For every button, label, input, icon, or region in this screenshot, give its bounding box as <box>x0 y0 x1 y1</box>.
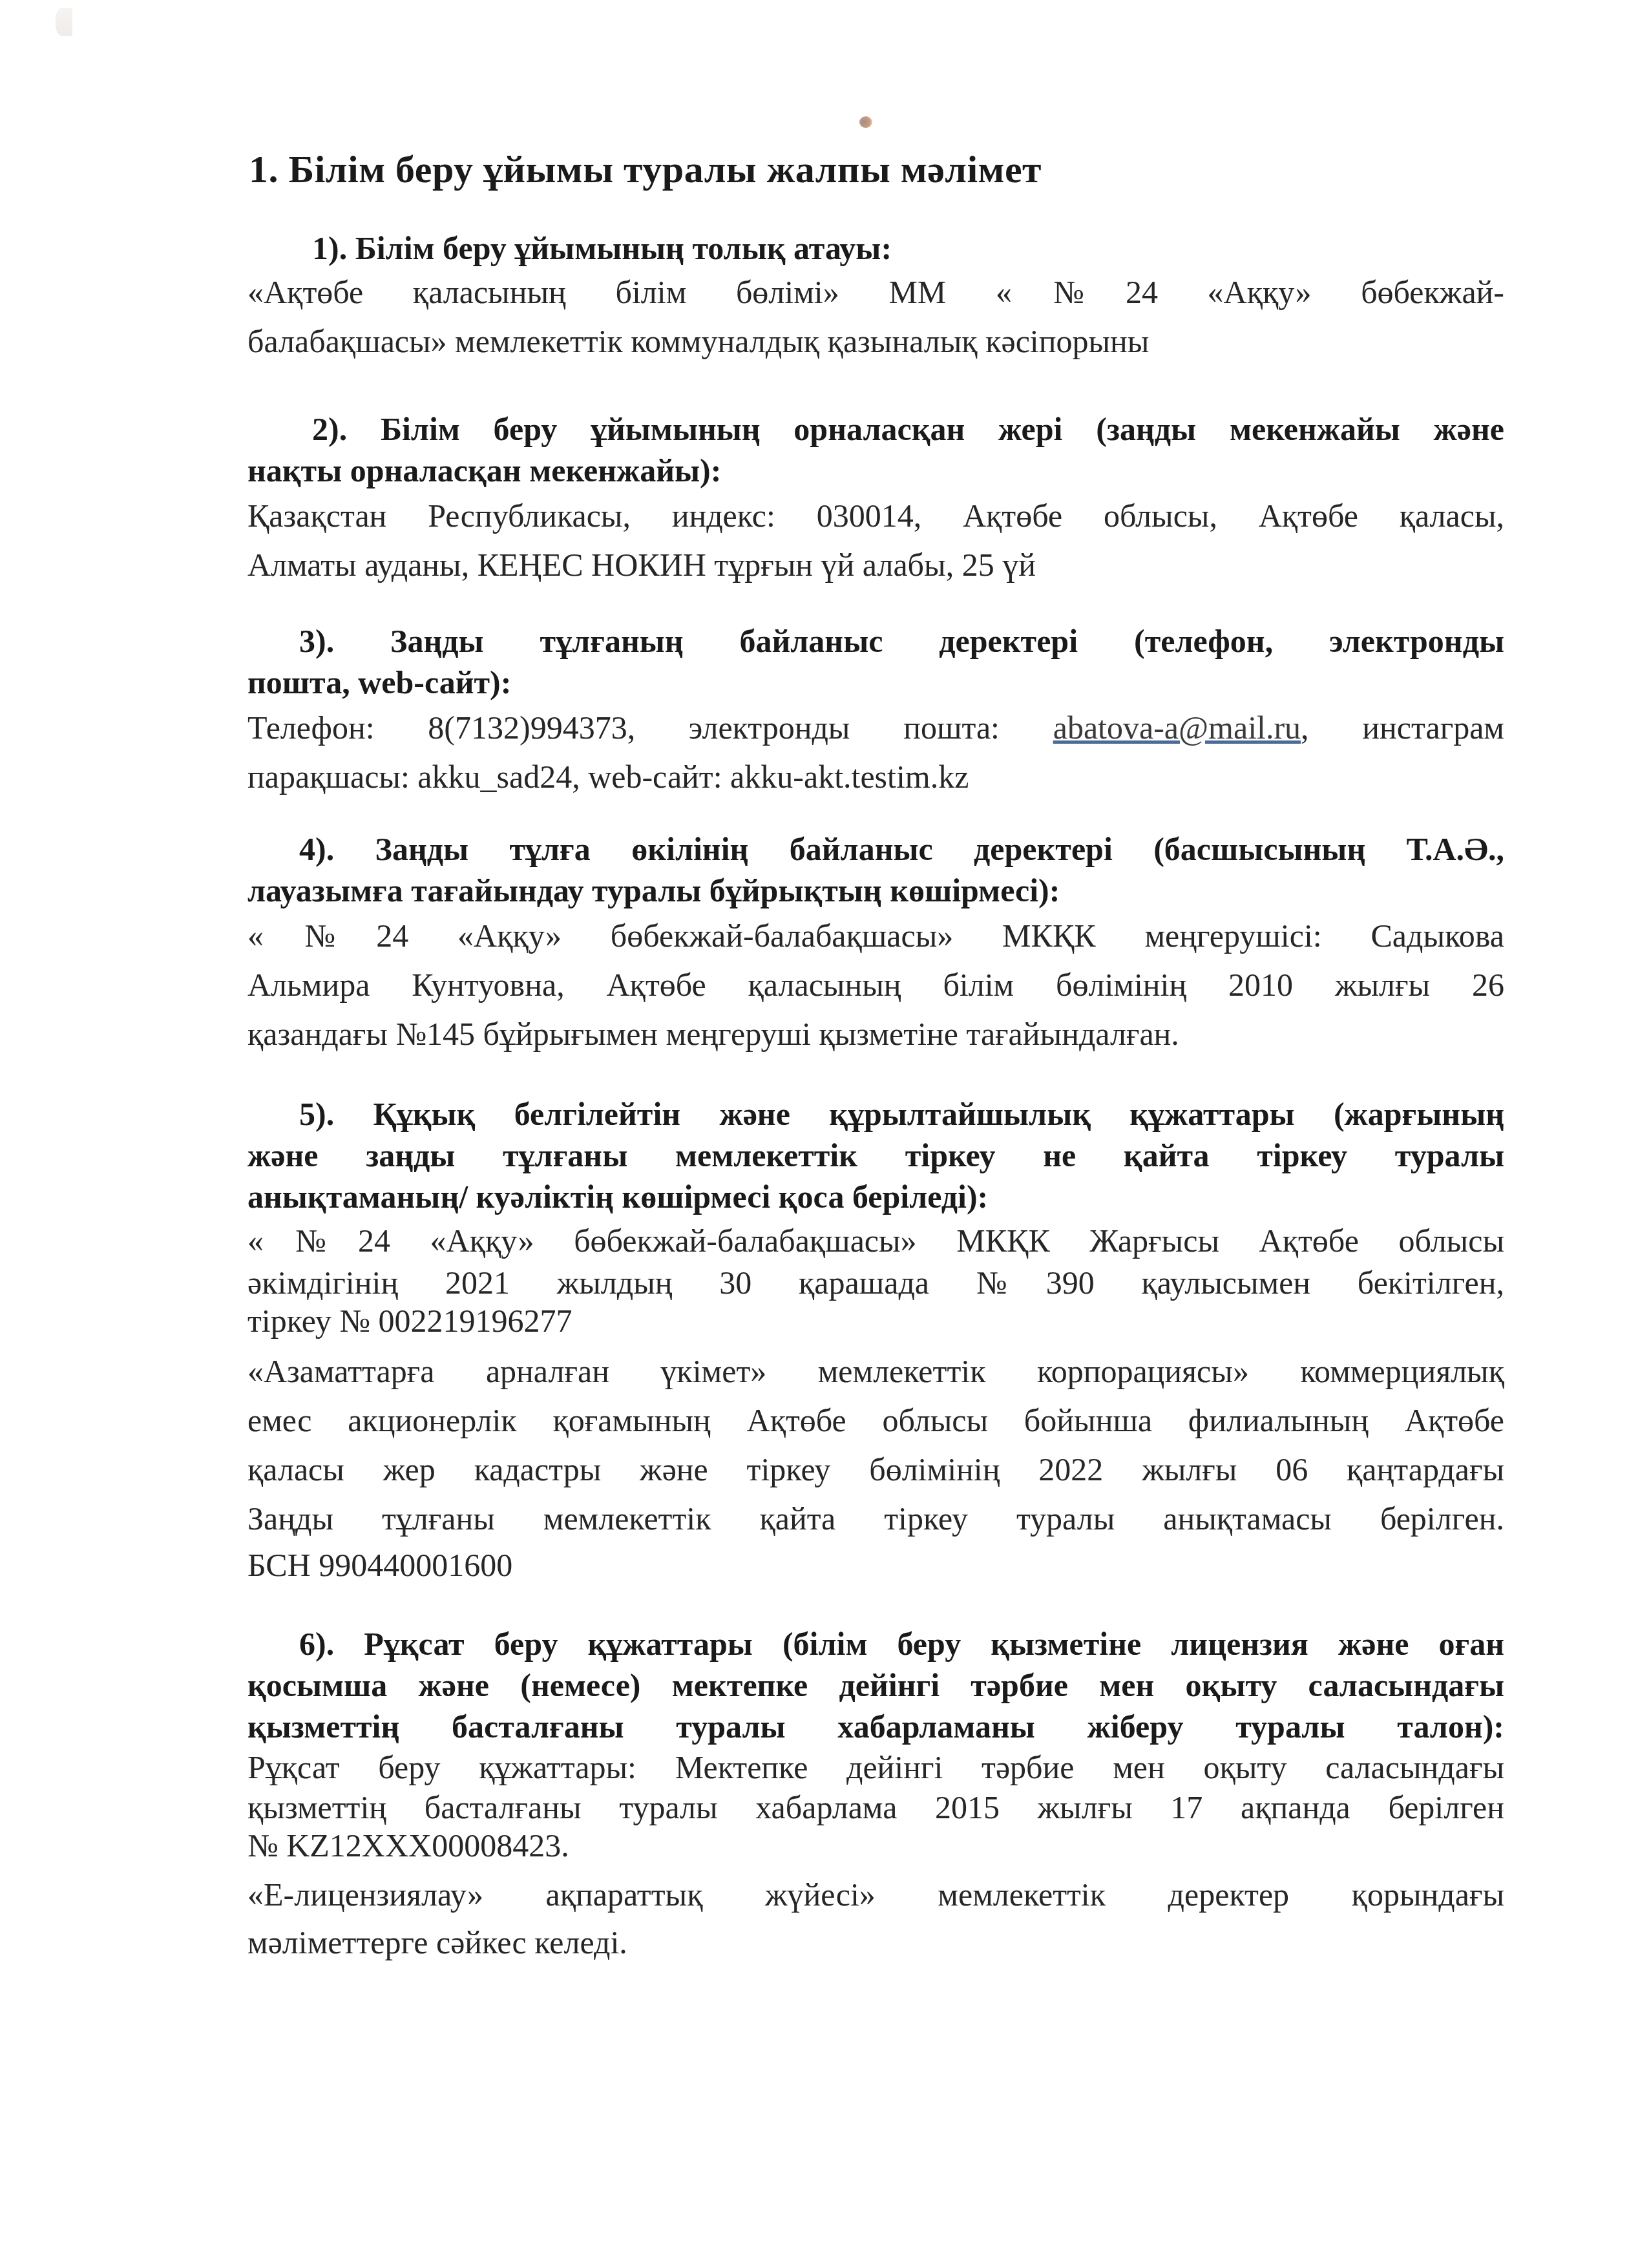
section-6-body-line-1: Рұқсат беру құжаттары: Мектепке дейінгі … <box>247 1747 1504 1787</box>
section-5-heading-line-2: және заңды тұлғаны мемлекеттік тіркеу не… <box>247 1135 1504 1176</box>
section-6-heading-line-3: қызметтің басталғаны туралы хабарламаны … <box>247 1706 1504 1747</box>
document-title: 1. Білім беру ұйымы туралы жалпы мәлімет <box>249 147 1042 192</box>
section-5-heading-line-3: анықтаманың/ куәліктің көшірмесі қоса бе… <box>247 1176 1504 1217</box>
section-3-body-line-2: парақшасы: akku_sad24, web-сайт: akku-ak… <box>247 755 1504 799</box>
section-6-heading-line-2: қосымша және (немесе) мектепке дейінгі т… <box>247 1664 1504 1706</box>
section-2-body-line-2: Алматы ауданы, КЕҢЕС НОКИН тұрғын үй ала… <box>247 543 1504 587</box>
phone-and-email-label: Телефон: 8(7132)994373, электронды пошта… <box>247 709 1053 746</box>
section-3-body-line-1: Телефон: 8(7132)994373, электронды пошта… <box>247 706 1504 750</box>
instagram-label: , инстаграм <box>1301 709 1504 746</box>
section-5-body-line-3: тіркеу № 002219196277 <box>247 1303 1504 1339</box>
section-1: 1). Білім беру ұйымының толық атауы: «Ақ… <box>247 227 1504 363</box>
section-6-body-line-2: қызметтің басталғаны туралы хабарлама 20… <box>247 1787 1504 1827</box>
section-2-heading-line-1: 2). Білім беру ұйымының орналасқан жері … <box>247 408 1504 450</box>
section-6-body-line-4: «Е-лицензиялау» ақпараттық жүйесі» мемле… <box>247 1873 1504 1916</box>
section-4-heading-line-1: 4). Заңды тұлға өкілінің байланыс дерект… <box>247 828 1504 870</box>
section-1-body-line-1: «Ақтөбе қаласының білім бөлімі» ММ «№24 … <box>247 270 1504 314</box>
section-1-heading: 1). Білім беру ұйымының толық атауы: <box>247 227 1504 269</box>
section-1-heading-line-1: 1). Білім беру ұйымының толық атауы: <box>312 230 892 266</box>
section-5-body-line-1: «№24 «Аққу» бөбекжай-балабақшасы» МКҚК Ж… <box>247 1219 1504 1263</box>
section-4: 4). Заңды тұлға өкілінің байланыс дерект… <box>247 828 1504 1056</box>
section-4-body-line-3: қазандағы №145 бұйрығымен меңгеруші қызм… <box>247 1012 1504 1056</box>
email-link[interactable]: abatova-a@mail.ru <box>1053 709 1301 746</box>
section-5-body-line-7: Заңды тұлғаны мемлекеттік қайта тіркеу т… <box>247 1496 1504 1540</box>
section-5-body-line-4: «Азаматтарға арналған үкімет» мемлекетті… <box>247 1349 1504 1393</box>
section-2: 2). Білім беру ұйымының орналасқан жері … <box>247 408 1504 587</box>
section-5-body-line-8: БСН 990440001600 <box>247 1543 1504 1587</box>
scan-artifact-mark <box>56 8 72 36</box>
section-3-heading-line-2: пошта, web-сайт): <box>247 662 1504 703</box>
section-6-body-line-3: № KZ12XXX00008423. <box>247 1827 1504 1864</box>
section-6-body-line-5: мәліметтерге сәйкес келеді. <box>247 1920 1504 1964</box>
scan-artifact-spot <box>859 116 872 128</box>
section-3: 3). Заңды тұлғаның байланыс деректері (т… <box>247 620 1504 799</box>
section-5: 5). Құқық белгілейтін және құрылтайшылық… <box>247 1093 1504 1587</box>
section-6: 6). Рұқсат беру құжаттары (білім беру қы… <box>247 1623 1504 1964</box>
section-4-body-line-2: Альмира Кунтуовна, Ақтөбе қаласының білі… <box>247 963 1504 1007</box>
section-1-body-line-2: балабақшасы» мемлекеттік коммуналдық қаз… <box>247 319 1504 363</box>
section-4-body-line-1: «№24 «Аққу» бөбекжай-балабақшасы» МКҚК м… <box>247 914 1504 958</box>
section-3-heading-line-1: 3). Заңды тұлғаның байланыс деректері (т… <box>247 620 1504 662</box>
section-5-body-line-2: әкімдігінің 2021 жылдың 30 қарашада №390… <box>247 1263 1504 1303</box>
section-5-body-line-6: қаласы жер кадастры және тіркеу бөліміні… <box>247 1447 1504 1491</box>
section-2-heading-line-2: нақты орналасқан мекенжайы): <box>247 450 1504 491</box>
section-5-body-line-5: емес акционерлік қоғамының Ақтөбе облысы… <box>247 1398 1504 1442</box>
section-4-heading-line-2: лауазымға тағайындау туралы бұйрықтың кө… <box>247 870 1504 911</box>
section-2-body-line-1: Қазақстан Республикасы, индекс: 030014, … <box>247 494 1504 538</box>
section-6-heading-line-1: 6). Рұқсат беру құжаттары (білім беру қы… <box>247 1623 1504 1664</box>
section-5-heading-line-1: 5). Құқық белгілейтін және құрылтайшылық… <box>247 1093 1504 1135</box>
